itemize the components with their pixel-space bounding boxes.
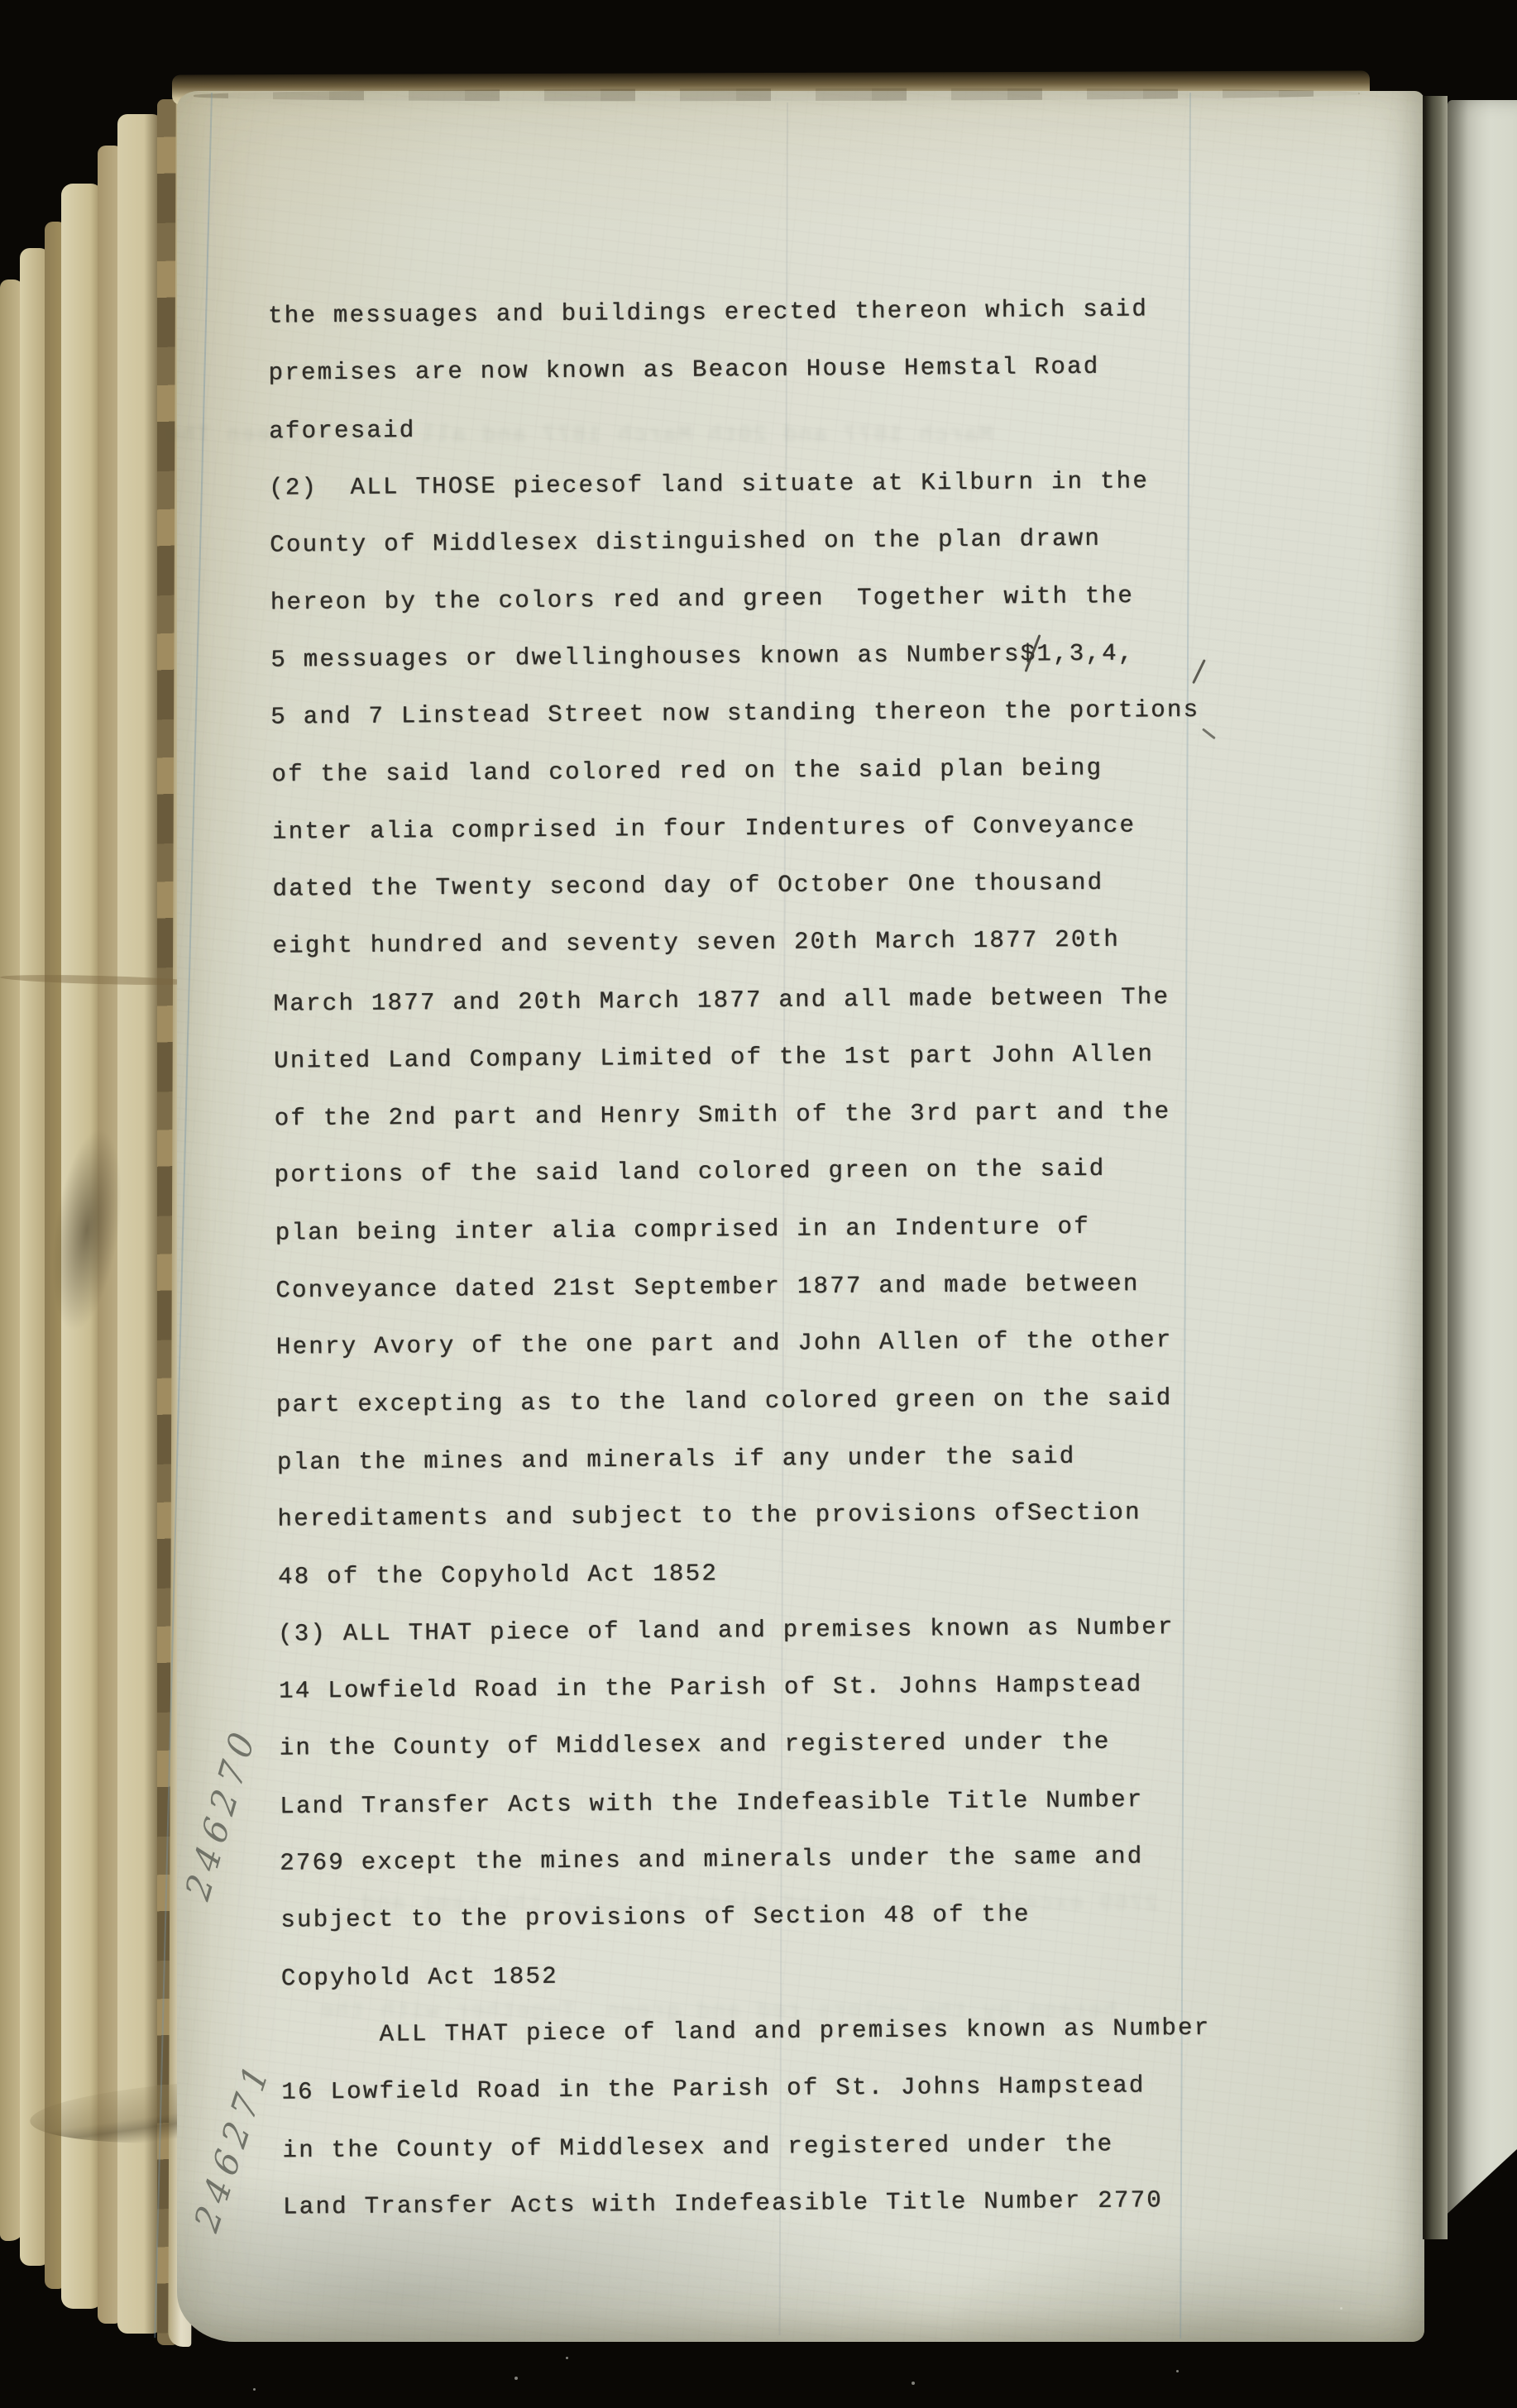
facing-page-sliver [1448,100,1517,2243]
typed-line: (3) ALL THAT piece of land and premises … [278,1598,1247,1662]
typed-line: aforesaid [269,395,1237,460]
dust-speck [514,2377,518,2380]
typed-line: United Land Company Limited of the 1st p… [274,1025,1242,1089]
page-gap-crease [1423,96,1448,2239]
dust-speck [912,2382,915,2385]
typed-line: Henry Avory of the one part and John All… [276,1311,1245,1376]
typed-line: Land Transfer Acts with Indefeasible Tit… [283,2171,1251,2235]
typed-line: 2769 except the mines and minerals under… [280,1827,1248,1891]
typed-line: 5 and 7 Linstead Street now standing the… [270,681,1239,746]
typed-line: premises are now known as Beacon House H… [268,337,1237,402]
typed-line: 5 messuages or dwellinghouses known as N… [270,623,1239,688]
typed-line: part excepting as to the land colored gr… [276,1369,1245,1433]
typed-line: Copyhold Act 1852 [281,1942,1250,2007]
typed-line: (2) ALL THOSE piecesof land situate at K… [269,451,1237,516]
typed-line: inter alia comprised in four Indentures … [272,795,1241,860]
scanned-book-photo: March 1877 and 20th March 1877 and all m… [0,0,1517,2408]
typed-line: County of Middlesex distinguished on the… [270,509,1238,574]
typed-line: Land Transfer Acts with the Indefeasible… [280,1770,1248,1835]
typed-line: in the County of Middlesex and registere… [279,1713,1247,1777]
typed-line: ALL THAT piece of land and premises know… [281,1999,1250,2063]
dust-speck [1176,2370,1179,2372]
typed-line: of the said land colored red on the said… [271,738,1240,803]
typed-line: hereon by the colors red and green Toget… [270,567,1238,632]
dust-speck [1340,2307,1342,2310]
dust-speck [253,2388,256,2391]
typed-line: the messuages and buildings erected ther… [268,279,1237,344]
typed-line: in the County of Middlesex and registere… [282,2114,1251,2178]
typed-line: plan being inter alia comprised in an In… [275,1197,1243,1261]
typed-line: Conveyance dated 21st September 1877 and… [275,1254,1244,1319]
typed-line: March 1877 and 20th March 1877 and all m… [273,967,1242,1032]
typed-text-block: the messuages and buildings erected ther… [268,279,1251,2235]
typed-line: portions of the said land colored green … [274,1139,1242,1204]
typed-line: 16 Lowfield Road in the Parish of St. Jo… [281,2057,1250,2121]
typed-line: eight hundred and seventy seven 20th Mar… [272,910,1241,975]
typed-line: 14 Lowfield Road in the Parish of St. Jo… [279,1655,1247,1720]
typed-line: of the 2nd part and Henry Smith of the 3… [274,1082,1242,1147]
typed-line: plan the mines and minerals if any under… [277,1426,1246,1491]
typed-line: dated the Twenty second day of October O… [272,853,1241,917]
typed-line: 48 of the Copyhold Act 1852 [278,1541,1247,1605]
dust-speck [566,2357,568,2359]
typed-line: subject to the provisions of Section 48 … [280,1885,1249,1949]
typed-line: hereditaments and subject to the provisi… [277,1483,1246,1548]
